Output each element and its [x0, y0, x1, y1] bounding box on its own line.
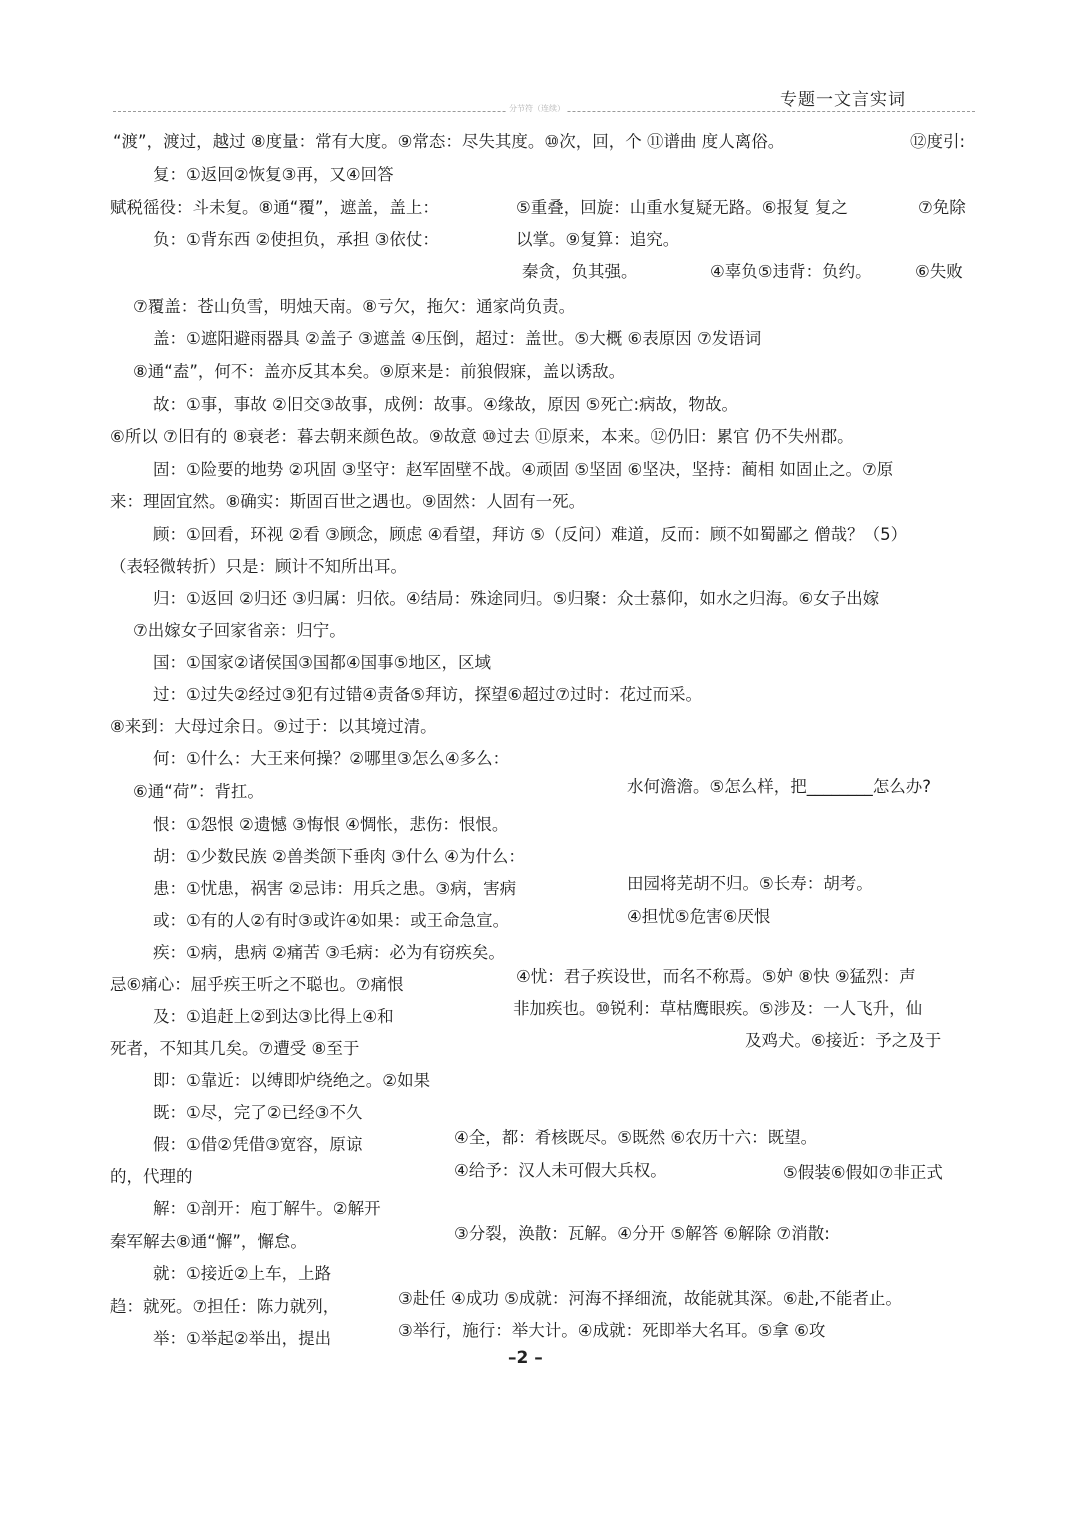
- text-line: ④全，都：肴核既尽。⑤既然 ⑥农历十六：既望。: [454, 1127, 817, 1149]
- text-line: 就：①接近②上车，上路: [153, 1263, 331, 1285]
- header-title: 专题一文言实词: [780, 85, 906, 110]
- text-line: 水何澹澹。⑤怎么样，把________怎么办?: [627, 776, 931, 798]
- document-page: 专题一文言实词 分节符（连续） “渡”，渡过，越过 ⑧度量：常有大度。⑨常态：尽…: [0, 0, 1080, 1528]
- text-line: ⑦出嫁女子回家省亲：归宁。: [133, 620, 346, 642]
- text-line: ⑦覆盖：苍山负雪，明烛天南。⑧亏欠，拖欠：通家尚负责。: [133, 296, 575, 318]
- text-line: 秦军解去⑧通“懈”，懈怠。: [110, 1231, 307, 1253]
- text-line: 患：①忧患，祸害 ②忌讳：用兵之患。③病，害病: [153, 878, 516, 900]
- text-line: ③赴任 ④成功 ⑤成就：河海不择细流，故能就其深。⑥赴,不能者止。: [398, 1288, 902, 1310]
- text-line: 忌⑥痛心：屈乎疾王听之不聪也。⑦痛恨: [110, 974, 404, 996]
- text-line: 负：①背东西 ②使担负，承担 ③依仗：: [153, 229, 439, 251]
- text-line: 来：理固宜然。⑧确实：斯固百世之遇也。⑨固然：人固有一死。: [110, 491, 585, 513]
- text-line: 的，代理的: [110, 1166, 193, 1188]
- text-line: 及：①追赶上②到达③比得上④和: [153, 1006, 394, 1028]
- text-line: ③举行，施行：举大计。④成就：死即举大名耳。⑤拿 ⑥攻: [398, 1320, 825, 1342]
- text-line: ⑥通“荷”：背扛。: [133, 781, 264, 803]
- text-line: 归：①返回 ②归还 ③归属：归依。④结局：殊途同归。⑤归聚：众士慕仰，如水之归海…: [153, 588, 879, 610]
- text-line: 固：①险要的地势 ②巩固 ③坚守：赵军固壁不战。④顽固 ⑤坚固 ⑥坚决，坚持：蔺…: [153, 459, 893, 481]
- text-line: 顾：①回看，环视 ②看 ③顾念，顾虑 ④看望，拜访 ⑤（反问）难道，反而：顾不如…: [153, 524, 907, 546]
- text-line: 及鸡犬。⑥接近：予之及于: [745, 1030, 941, 1052]
- text-line: 以掌。⑨复算：追究。: [516, 229, 679, 251]
- text-line: ⑧来到：大母过余日。⑨过于：以其境过清。: [110, 716, 437, 738]
- text-line: ⑤假装⑥假如⑦非正式: [783, 1162, 943, 1184]
- text-line: 非加疾也。⑩锐利：草枯鹰眼疾。⑤涉及：一人飞升，仙: [513, 998, 922, 1020]
- text-line: 或：①有的人②有时③或许④如果：或王命急宣。: [153, 910, 509, 932]
- text-line: ④给予：汉人未可假大兵权。: [454, 1160, 667, 1182]
- text-line: 复：①返回②恢复③再，又④回答: [153, 164, 394, 186]
- text-line: 假：①借②凭借③宽容，原谅: [153, 1134, 362, 1156]
- text-line: 举：①举起②举出，提出: [153, 1328, 331, 1350]
- text-line: ④忧：君子疾设世，而名不称焉。⑤妒 ⑧快 ⑨猛烈：声: [516, 966, 916, 988]
- text-line: “渡”，渡过，越过 ⑧度量：常有大度。⑨常态：尽失其度。⑩次，回，个 ⑪谱曲 度…: [113, 131, 784, 153]
- text-line: ⑥所以 ⑦旧有的 ⑧衰老：暮去朝来颜色故。⑨故意 ⑩过去 ⑪原来，本来。⑫仍旧：…: [110, 426, 854, 448]
- text-line: 国：①国家②诸侯国③国都④国事⑤地区，区域: [153, 652, 491, 674]
- text-line: ⑫度引:: [910, 131, 965, 153]
- text-line: 解：①剖开：庖丁解牛。②解开: [153, 1198, 381, 1220]
- text-line: ③分裂，涣散：瓦解。④分开 ⑤解答 ⑥解除 ⑦消散:: [454, 1223, 830, 1245]
- text-line: 恨：①怨恨 ②遗憾 ③悔恨 ④惆怅，悲伤：恨恨。: [153, 814, 508, 836]
- text-line: （表轻微转折）只是：顾计不知所出耳。: [110, 556, 407, 578]
- text-line: 即：①靠近：以缚即炉绕绝之。②如果: [153, 1070, 430, 1092]
- text-line: ⑦免除: [918, 197, 966, 219]
- text-line: 盖：①遮阳避雨器具 ②盖子 ③遮盖 ④压倒，超过：盖世。⑤大概 ⑥表原因 ⑦发语…: [153, 328, 761, 350]
- text-line: 死者，不知其几矣。⑦遭受 ⑧至于: [110, 1038, 359, 1060]
- text-line: ④担忧⑤危害⑥厌恨: [627, 906, 770, 928]
- text-line: 秦贪，负其强。: [522, 261, 638, 283]
- text-line: ⑤重叠，回旋：山重水复疑无路。⑥报复 复之: [516, 197, 848, 219]
- text-line: 胡：①少数民族 ②兽类颌下垂肉 ③什么 ④为什么：: [153, 846, 525, 868]
- text-line: 趋：就死。⑦担任：陈力就列，: [110, 1296, 339, 1318]
- text-line: 故：①事，事故 ②旧交③故事，成例：故事。④缘故，原因 ⑤死亡:病故，物故。: [153, 394, 738, 416]
- text-line: 既：①尽，完了②已经③不久: [153, 1102, 362, 1124]
- section-break-note: 分节符（连续）: [507, 104, 567, 114]
- text-line: ④辜负⑤违背：负约。: [710, 261, 872, 283]
- text-line: 赋税徭役：斗未复。⑧通“覆”，遮盖，盖上：: [110, 197, 439, 219]
- text-line: 田园将芜胡不归。⑤长寿：胡考。: [627, 873, 873, 895]
- text-line: ⑧通“盍”，何不：盖亦反其本矣。⑨原来是：前狼假寐，盖以诱敌。: [133, 361, 625, 383]
- page-number: –2 –: [508, 1348, 543, 1368]
- text-line: 疾：①病，患病 ②痛苦 ③毛病：必为有窃疾矣。: [153, 942, 505, 964]
- text-line: ⑥失败: [915, 261, 963, 283]
- text-line: 过：①过失②经过③犯有过错④责备⑤拜访，探望⑥超过⑦过时：花过而采。: [153, 684, 702, 706]
- text-line: 何：①什么：大王来何操？②哪里③怎么④多么：: [153, 748, 509, 770]
